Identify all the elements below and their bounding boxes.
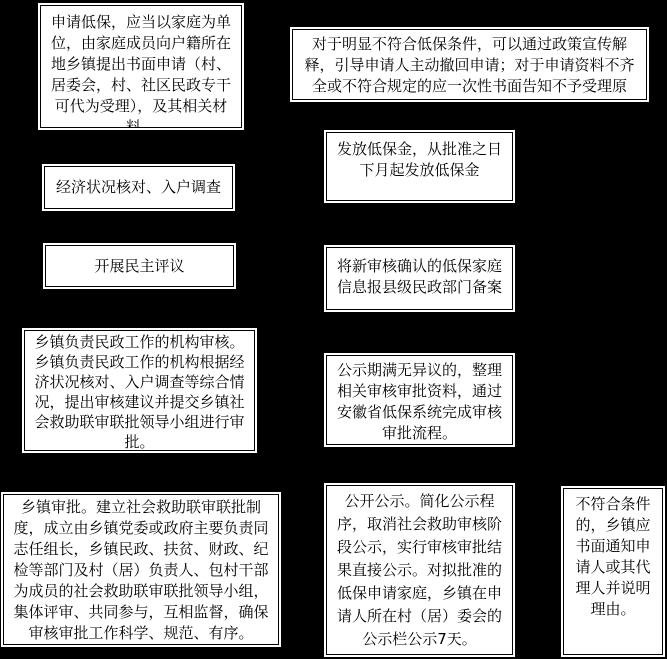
flow-node-township-audit: 乡镇负责民政工作的机构审核。乡镇负责民政工作的机构根据经济状况核对、入户调查等综… bbox=[24, 330, 255, 451]
flow-node-economic-verification: 经济状况核对、入户调查 bbox=[44, 166, 233, 209]
flow-node-public-announcement: 公开公示。简化公示程序，取消社会救助审核阶段公示，实行审核审批结果直接公示。对拟… bbox=[326, 485, 513, 655]
flow-node-grant-payment: 发放低保金，从批准之日下月起发放低保金 bbox=[326, 132, 513, 201]
flow-node-record-filing: 将新审核确认的低保家庭信息报县级民政部门备案 bbox=[326, 247, 513, 310]
flow-node-application: 申请低保，应当以家庭为单位，由家庭成员向户籍所在地乡镇提出书面申请（村、居委会，… bbox=[40, 5, 242, 128]
flow-node-publicity-completion: 公示期满无异议的，整理相关审核审批资料，通过安徽省低保系统完成审核审批流程。 bbox=[326, 355, 513, 445]
flow-node-democratic-review: 开展民主评议 bbox=[45, 245, 234, 287]
flow-node-rejection-notice: 不符合条件的，乡镇应书面通知申请人或其代理人并说明理由。 bbox=[563, 488, 663, 655]
flow-node-withdrawal-guidance: 对于明显不符合低保条件，可以通过政策宣传解释，引导申请人主动撤回申请；对于申请资… bbox=[292, 29, 647, 100]
flowchart-canvas: 申请低保，应当以家庭为单位，由家庭成员向户籍所在地乡镇提出书面申请（村、居委会，… bbox=[0, 0, 667, 659]
flow-node-township-approval: 乡镇审批。建立社会救助联审联批制度，成立由乡镇党委或政府主要负责同志任组长，乡镇… bbox=[3, 494, 279, 645]
